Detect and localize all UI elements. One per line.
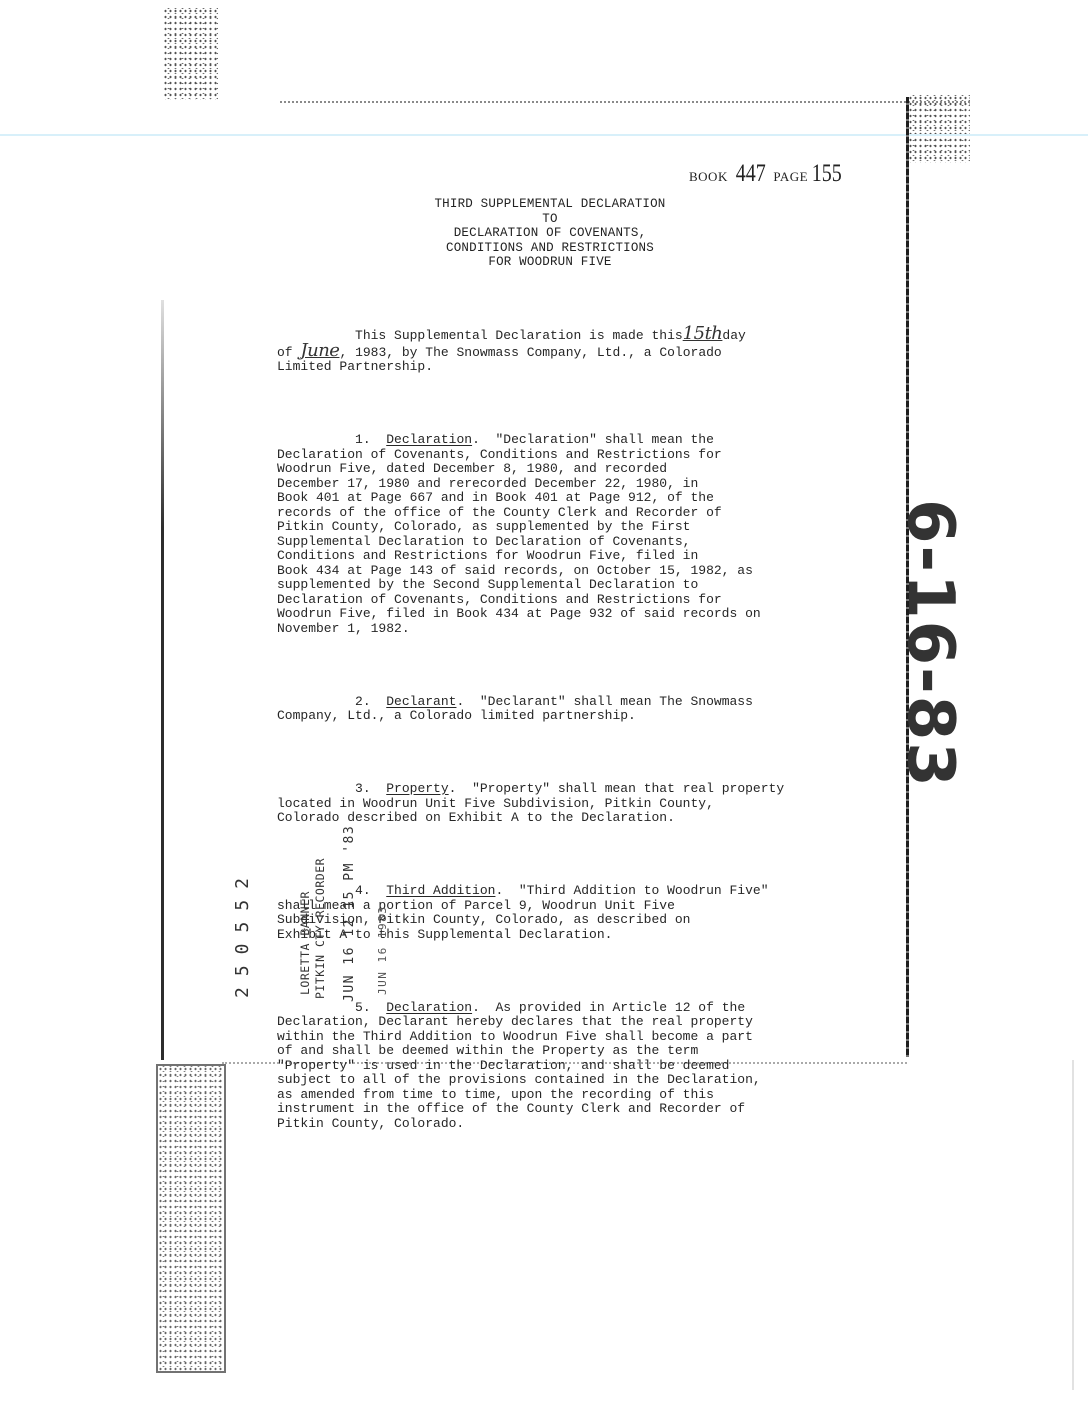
section-line: Book 434 at Page 143 of said records, on…	[277, 563, 753, 578]
page-number: 155	[812, 160, 842, 188]
handwritten-day: 15th	[683, 323, 723, 344]
section-line: Pitkin County, Colorado, as supplemented…	[277, 519, 690, 534]
section-line: instrument in the office of the County C…	[277, 1101, 745, 1116]
section-line: within the Third Addition to Woodrun Fiv…	[277, 1029, 753, 1044]
scan-noise-top-right	[908, 95, 970, 163]
book-page-reference: BOOK 447 PAGE155	[689, 160, 846, 188]
section-heading: Declaration	[386, 1000, 472, 1015]
section-heading: Declarant	[386, 694, 456, 709]
title-line: FOR WOODRUN FIVE	[380, 255, 720, 270]
section-text: "Property" shall mean that real property	[456, 781, 784, 796]
section-line: records of the office of the County Cler…	[277, 505, 722, 520]
section-line: "Property" is used in the Declaration, a…	[277, 1058, 729, 1073]
section-line: supplemented by the Second Supplemental …	[277, 577, 698, 592]
received-date-stamp: JUN 16 1983	[376, 906, 389, 995]
title-line: THIRD SUPPLEMENTAL DECLARATION	[380, 197, 720, 212]
section-heading: Third Addition	[386, 883, 495, 898]
page-left-edge	[161, 300, 164, 1060]
section-line: subject to all of the provisions contain…	[277, 1072, 761, 1087]
scan-noise-top-left	[163, 8, 218, 100]
section-line: Woodrun Five, filed in Book 434 at Page …	[277, 606, 761, 621]
section-number: 5.	[355, 1000, 371, 1015]
section-line: Book 401 at Page 667 and in Book 401 at …	[277, 490, 714, 505]
section-line: Conditions and Restrictions for Woodrun …	[277, 548, 698, 563]
title-line: CONDITIONS AND RESTRICTIONS	[380, 241, 720, 256]
section-line: of and shall be deemed within the Proper…	[277, 1043, 698, 1058]
section-line: Declaration, Declarant hereby declares t…	[277, 1014, 753, 1029]
section-number: 3.	[355, 781, 371, 796]
section-line: as amended from time to time, upon the r…	[277, 1087, 714, 1102]
reception-number: 250552	[232, 867, 253, 998]
section-line: Pitkin County, Colorado.	[277, 1116, 464, 1131]
section-line: November 1, 1982.	[277, 621, 410, 636]
section-line: located in Woodrun Unit Five Subdivision…	[277, 796, 714, 811]
section-text: "Third Addition to Woodrun Five"	[503, 883, 768, 898]
section-line: Colorado described on Exhibit A to the D…	[277, 810, 675, 825]
clerk-office: PITKIN CTY RECORDER	[313, 858, 327, 999]
section-2: 2. Declarant. "Declarant" shall mean The…	[277, 695, 847, 724]
scan-top-edge	[280, 101, 970, 103]
scan-right-edge	[1072, 1060, 1074, 1390]
section-text: "Declaration" shall mean the	[480, 432, 714, 447]
section-5: 5. Declaration. As provided in Article 1…	[277, 1001, 847, 1132]
preamble-text: , 1983, by The Snowmass Company, Ltd., a…	[339, 345, 721, 360]
section-1: 1. Declaration. "Declaration" shall mean…	[277, 433, 847, 636]
title-line: TO	[380, 212, 720, 227]
preamble-text: of	[277, 345, 300, 360]
section-number: 4.	[355, 883, 371, 898]
handwritten-margin-date: 6-16-83	[893, 499, 967, 789]
title-line: DECLARATION OF COVENANTS,	[380, 226, 720, 241]
section-heading: Property	[386, 781, 448, 796]
preamble-text: day	[722, 328, 745, 343]
section-line: Declaration of Covenants, Conditions and…	[277, 447, 722, 462]
preamble: This Supplemental Declaration is made th…	[277, 327, 847, 375]
section-text: As provided in Article 12 of the	[480, 1000, 745, 1015]
scan-noise-bottom-left	[156, 1064, 226, 1373]
document-body: This Supplemental Declaration is made th…	[277, 298, 847, 1161]
scan-blue-rule	[0, 134, 1088, 136]
filed-time-stamp: JUN 16 12 15 PM '83	[342, 825, 357, 1002]
section-number: 2.	[355, 694, 371, 709]
section-line: shall mean a portion of Parcel 9, Woodru…	[277, 898, 675, 913]
section-line: Company, Ltd., a Colorado limited partne…	[277, 708, 636, 723]
section-text: "Declarant" shall mean The Snowmass	[464, 694, 753, 709]
section-line: Supplemental Declaration to Declaration …	[277, 534, 690, 549]
section-line: Declaration of Covenants, Conditions and…	[277, 592, 722, 607]
preamble-text: Limited Partnership.	[277, 359, 433, 374]
section-heading: Declaration	[386, 432, 472, 447]
page-label: PAGE	[773, 169, 808, 184]
clerk-name: LORETTA BANNER	[298, 891, 312, 995]
section-number: 1.	[355, 432, 371, 447]
handwritten-month: June	[300, 340, 339, 361]
book-number: 447	[736, 160, 766, 188]
section-4: 4. Third Addition. "Third Addition to Wo…	[277, 884, 847, 942]
section-line: Woodrun Five, dated December 8, 1980, an…	[277, 461, 667, 476]
section-3: 3. Property. "Property" shall mean that …	[277, 782, 847, 826]
document-title: THIRD SUPPLEMENTAL DECLARATION TO DECLAR…	[380, 197, 720, 270]
section-line: December 17, 1980 and rerecorded Decembe…	[277, 476, 698, 491]
book-label: BOOK	[689, 169, 728, 184]
section-line: Subdivision, Pitkin County, Colorado, as…	[277, 912, 690, 927]
section-line: Exhibit A to this Supplemental Declarati…	[277, 927, 612, 942]
